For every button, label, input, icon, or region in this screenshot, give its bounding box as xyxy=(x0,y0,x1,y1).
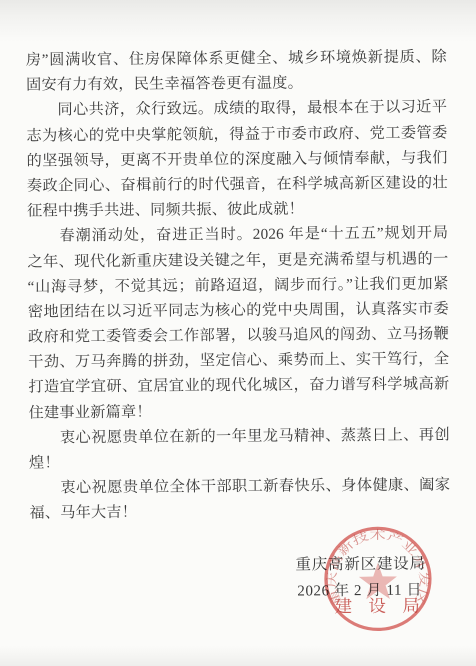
letter-line: 衷心祝愿贵单位在新的一年里龙马精神、蒸蒸日上、再创辉 xyxy=(29,422,450,450)
scanned-letter-page: 房”圆满收官、住房保障体系更健全、城乡环境焕新提质、除险固安有力有效，民生幸福答… xyxy=(0,0,476,666)
letter-line: 政府和党工委管委会工作部署，以骏马追风的闯劲、立马扬鞭的 xyxy=(28,321,449,349)
letter-line: 春潮涌动处，奋进正当时。2026 年是“十五五”规划开局 xyxy=(27,221,448,249)
letter-line: 衷心祝愿贵单位全体干部职工新春快乐、身体健康、阖家幸 xyxy=(29,473,450,501)
letter-lines: 房”圆满收官、住房保障体系更健全、城乡环境焕新提质、除险固安有力有效，民生幸福答… xyxy=(26,44,451,526)
seal-bottom-text: 建 设 局 xyxy=(334,596,425,617)
letter-line: 奏政企同心、奋楫前行的时代强音，在科学城高新区建设的壮阔 xyxy=(27,170,448,198)
letter-line: 固安有力有效，民生幸福答卷更有温度。 xyxy=(26,70,447,98)
letter-line: 志为核心的党中央掌舵领航，得益于市委市政府、党工委管委会 xyxy=(26,120,447,148)
letter-line: 住建事业新篇章！ xyxy=(29,397,450,425)
official-seal: 重庆高新技术产业开发区 建 设 局 xyxy=(322,524,435,635)
letter-line: 房”圆满收官、住房保障体系更健全、城乡环境焕新提质、除险 xyxy=(26,44,447,72)
letter-line: 煌！ xyxy=(29,447,450,475)
letter-line: 密地团结在以习近平同志为核心的党中央周围，认真落实市委市 xyxy=(28,296,449,324)
letter-line: “山海寻梦，不觉其远；前路迢迢，阔步而行。”让我们更加紧 xyxy=(28,271,449,299)
letter-line: 征程中携手共进、同频共振、彼此成就！ xyxy=(27,195,448,223)
letter-line: 之年、现代化新重庆建设关键之年，更是充满希望与机遇的一年。 xyxy=(27,246,448,274)
letter-line: 同心共济，众行致远。成绩的取得，最根本在于以习近平同 xyxy=(26,95,447,123)
letter-line: 打造宜学宜研、宜居宜业的现代化城区，奋力谱写科学城高新区 xyxy=(28,372,449,400)
letter-line: 的坚强领导，更离不开贵单位的深度融入与倾情奉献，与我们同 xyxy=(27,145,448,173)
letter-line: 福、马年大吉！ xyxy=(29,498,450,526)
seal-star-icon xyxy=(359,563,397,599)
letter-line: 干劲、万马奔腾的拼劲，坚定信心、乘势而上、实干笃行，全力 xyxy=(28,347,449,375)
